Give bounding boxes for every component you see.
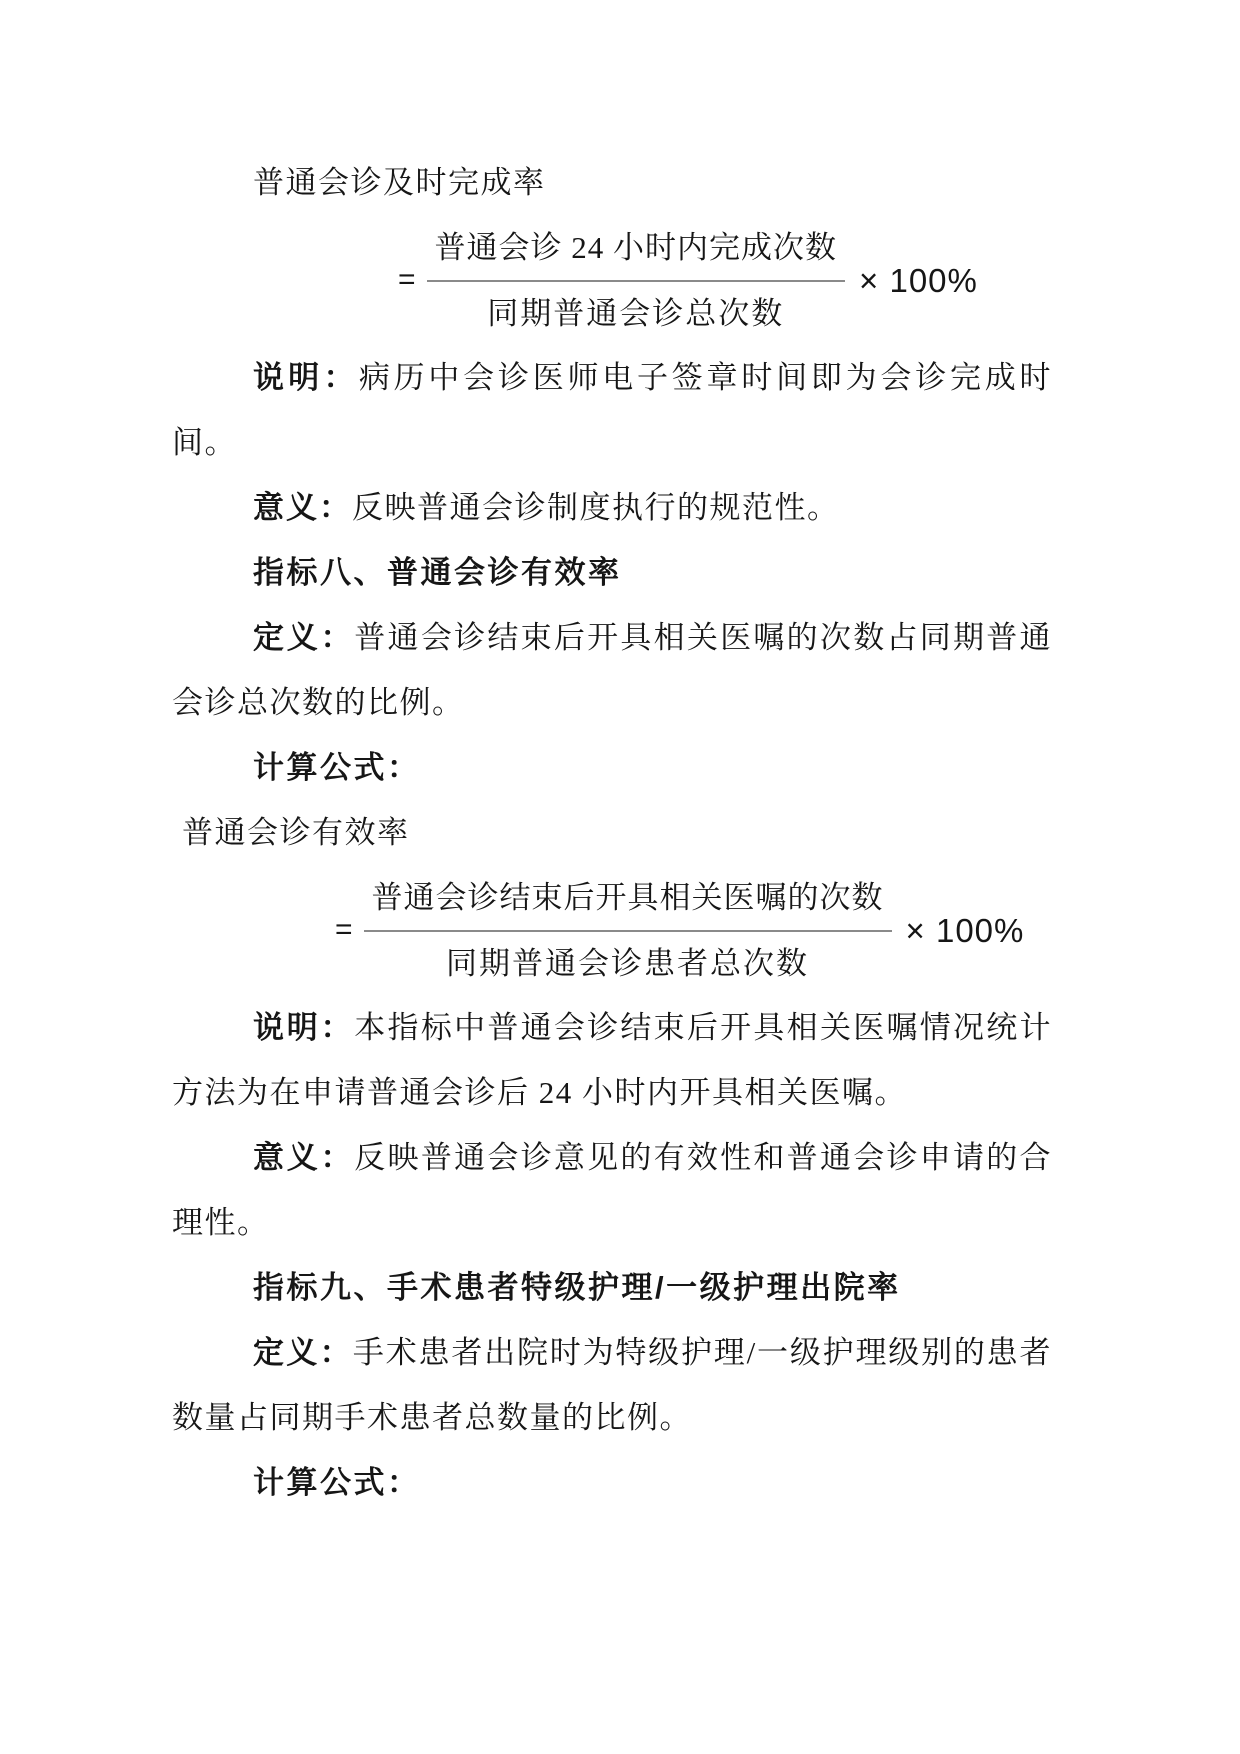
formula-intro-indicator8: 普通会诊有效率: [182, 800, 1052, 865]
equals-sign: =: [335, 915, 353, 945]
meaning-paragraph-indicator7: 意义：反映普通会诊制度执行的规范性。: [172, 475, 1052, 540]
note-paragraph-indicator7: 说明：病历中会诊医师电子签章时间即为会诊完成时间。: [172, 345, 1052, 475]
fraction-numerator: 普通会诊 24 小时内完成次数: [427, 215, 846, 280]
formula-label-indicator9: 计算公式：: [172, 1450, 1052, 1515]
fraction: 普通会诊结束后开具相关医嘱的次数 同期普通会诊患者总次数: [364, 865, 892, 996]
note-label: 说明：: [253, 1010, 354, 1045]
note-label: 说明：: [253, 360, 359, 395]
formula-indicator8: = 普通会诊结束后开具相关医嘱的次数 同期普通会诊患者总次数 × 100%: [172, 865, 1052, 995]
equals-sign: =: [398, 265, 416, 295]
meaning-paragraph-indicator8: 意义：反映普通会诊意见的有效性和普通会诊申请的合理性。: [172, 1125, 1052, 1255]
meaning-label: 意义：: [253, 490, 352, 525]
note-paragraph-indicator8: 说明：本指标中普通会诊结束后开具相关医嘱情况统计方法为在申请普通会诊后 24 小…: [172, 995, 1052, 1125]
fraction-denominator: 同期普通会诊患者总次数: [364, 930, 892, 996]
multiplier: × 100%: [859, 264, 978, 297]
meaning-text: 反映普通会诊制度执行的规范性。: [352, 490, 840, 525]
fraction-numerator: 普通会诊结束后开具相关医嘱的次数: [364, 865, 892, 930]
fraction: 普通会诊 24 小时内完成次数 同期普通会诊总次数: [427, 215, 846, 346]
formula-label-indicator8: 计算公式：: [172, 735, 1052, 800]
formula-intro-indicator7: 普通会诊及时完成率: [172, 150, 1052, 215]
definition-paragraph-indicator9: 定义：手术患者出院时为特级护理/一级护理级别的患者数量占同期手术患者总数量的比例…: [172, 1320, 1052, 1450]
definition-paragraph-indicator8: 定义：普通会诊结束后开具相关医嘱的次数占同期普通会诊总次数的比例。: [172, 605, 1052, 735]
multiplier: × 100%: [906, 914, 1025, 947]
heading-indicator9: 指标九、手术患者特级护理/一级护理出院率: [172, 1255, 1052, 1320]
meaning-label: 意义：: [253, 1140, 354, 1175]
heading-indicator8: 指标八、普通会诊有效率: [172, 540, 1052, 605]
formula-indicator7: = 普通会诊 24 小时内完成次数 同期普通会诊总次数 × 100%: [172, 215, 1052, 345]
fraction-denominator: 同期普通会诊总次数: [427, 280, 846, 346]
definition-label: 定义：: [253, 1335, 353, 1370]
definition-label: 定义：: [253, 620, 354, 655]
document-page: 普通会诊及时完成率 = 普通会诊 24 小时内完成次数 同期普通会诊总次数 × …: [0, 0, 1240, 1754]
